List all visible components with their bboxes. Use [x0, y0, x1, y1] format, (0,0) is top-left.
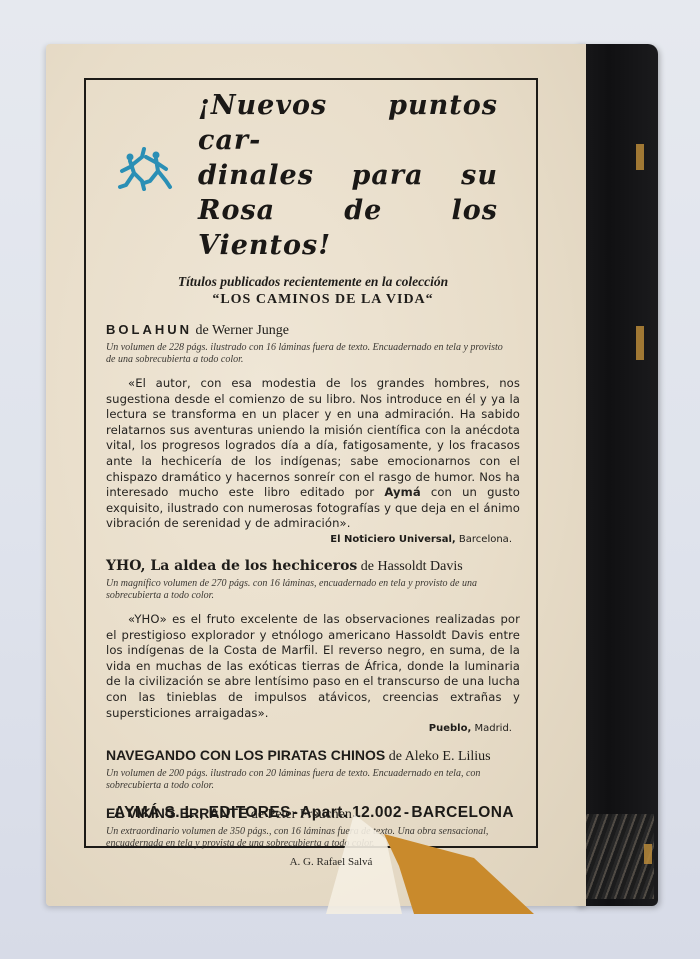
review-quote: «YHO» es el fruto excelente de las obser…: [106, 612, 520, 721]
source-name: El Noticiero Universal,: [330, 534, 455, 545]
publisher-city: BARCELONA: [411, 804, 514, 822]
publisher-address: Apart. 12.002: [300, 804, 402, 822]
spine-gold-lettering: [636, 144, 644, 170]
book-title: BOLAHUN: [106, 322, 192, 337]
source-city: Madrid.: [474, 723, 512, 734]
book-author: Werner Junge: [212, 323, 289, 338]
quote-text: «El autor, con esa modestia de los grand…: [106, 376, 520, 499]
book-entry-yho: YHO, La aldea de los hechiceros de Hasso…: [106, 557, 520, 734]
headline-line: dinales para su: [198, 158, 498, 193]
book-description: Un extraordinario volumen de 350 págs., …: [106, 826, 520, 850]
two-running-figures-icon: [114, 145, 176, 195]
intro-text: Títulos publicados recientemente en la c…: [106, 273, 520, 291]
book-entry-piratas: NAVEGANDO CON LOS PIRATAS CHINOS de Alek…: [106, 746, 520, 792]
review-source: Pueblo, Madrid.: [106, 723, 520, 734]
headline-line: ¡Nuevos puntos car-: [198, 88, 498, 158]
source-name: Pueblo,: [429, 723, 472, 734]
spine-gold-lettering: [636, 326, 644, 360]
book-entry-bolahun: BOLAHUN de Werner Junge Un volumen de 22…: [106, 321, 520, 545]
dust-jacket-back-cover: ¡Nuevos puntos car- dinales para su Rosa…: [46, 44, 586, 906]
headline: ¡Nuevos puntos car- dinales para su Rosa…: [198, 88, 498, 263]
separator: -: [293, 804, 299, 822]
author-prefix: de: [361, 559, 374, 574]
author-prefix: de: [389, 749, 402, 764]
review-source: El Noticiero Universal, Barcelona.: [106, 534, 520, 545]
book-title: NAVEGANDO CON LOS PIRATAS CHINOS: [106, 747, 385, 763]
separator: -: [404, 804, 410, 822]
book-spine: [576, 44, 658, 906]
book-description: Un volumen de 200 págs. ilustrado con 20…: [106, 768, 520, 792]
cover-content: ¡Nuevos puntos car- dinales para su Rosa…: [106, 88, 520, 850]
publisher-mention: Aymá: [384, 485, 420, 499]
spine-gold-lettering: [644, 844, 652, 864]
publisher-name: AYMÁ S. L., EDITORES: [114, 804, 291, 822]
book-title-row: BOLAHUN de Werner Junge: [106, 321, 520, 340]
book-author: Hassoldt Davis: [378, 559, 463, 574]
book-title-row: NAVEGANDO CON LOS PIRATAS CHINOS de Alek…: [106, 746, 520, 766]
book-title: YHO, La aldea de los hechiceros: [106, 558, 357, 574]
book-description: Un volumen de 228 págs. ilustrado con 16…: [106, 342, 520, 366]
book-title-row: YHO, La aldea de los hechiceros de Hasso…: [106, 557, 520, 576]
collection-intro: Títulos publicados recientemente en la c…: [106, 273, 520, 309]
source-city: Barcelona.: [459, 534, 512, 545]
book-description: Un magnífico volumen de 270 págs. con 16…: [106, 578, 520, 602]
cover-hero: ¡Nuevos puntos car- dinales para su Rosa…: [114, 88, 520, 263]
collection-name: “LOS CAMINOS DE LA VIDA“: [126, 291, 520, 309]
review-quote: «El autor, con esa modestia de los grand…: [106, 376, 520, 532]
author-prefix: de: [196, 323, 209, 338]
book: ¡Nuevos puntos car- dinales para su Rosa…: [46, 36, 656, 906]
printer-credit: A. G. Rafael Salvá: [46, 856, 586, 868]
book-author: Aleko E. Lilius: [405, 749, 491, 764]
publisher-footer: AYMÁ S. L., EDITORES - Apart. 12.002 - B…: [114, 804, 514, 822]
headline-line: Rosa de los Vientos!: [198, 193, 498, 263]
